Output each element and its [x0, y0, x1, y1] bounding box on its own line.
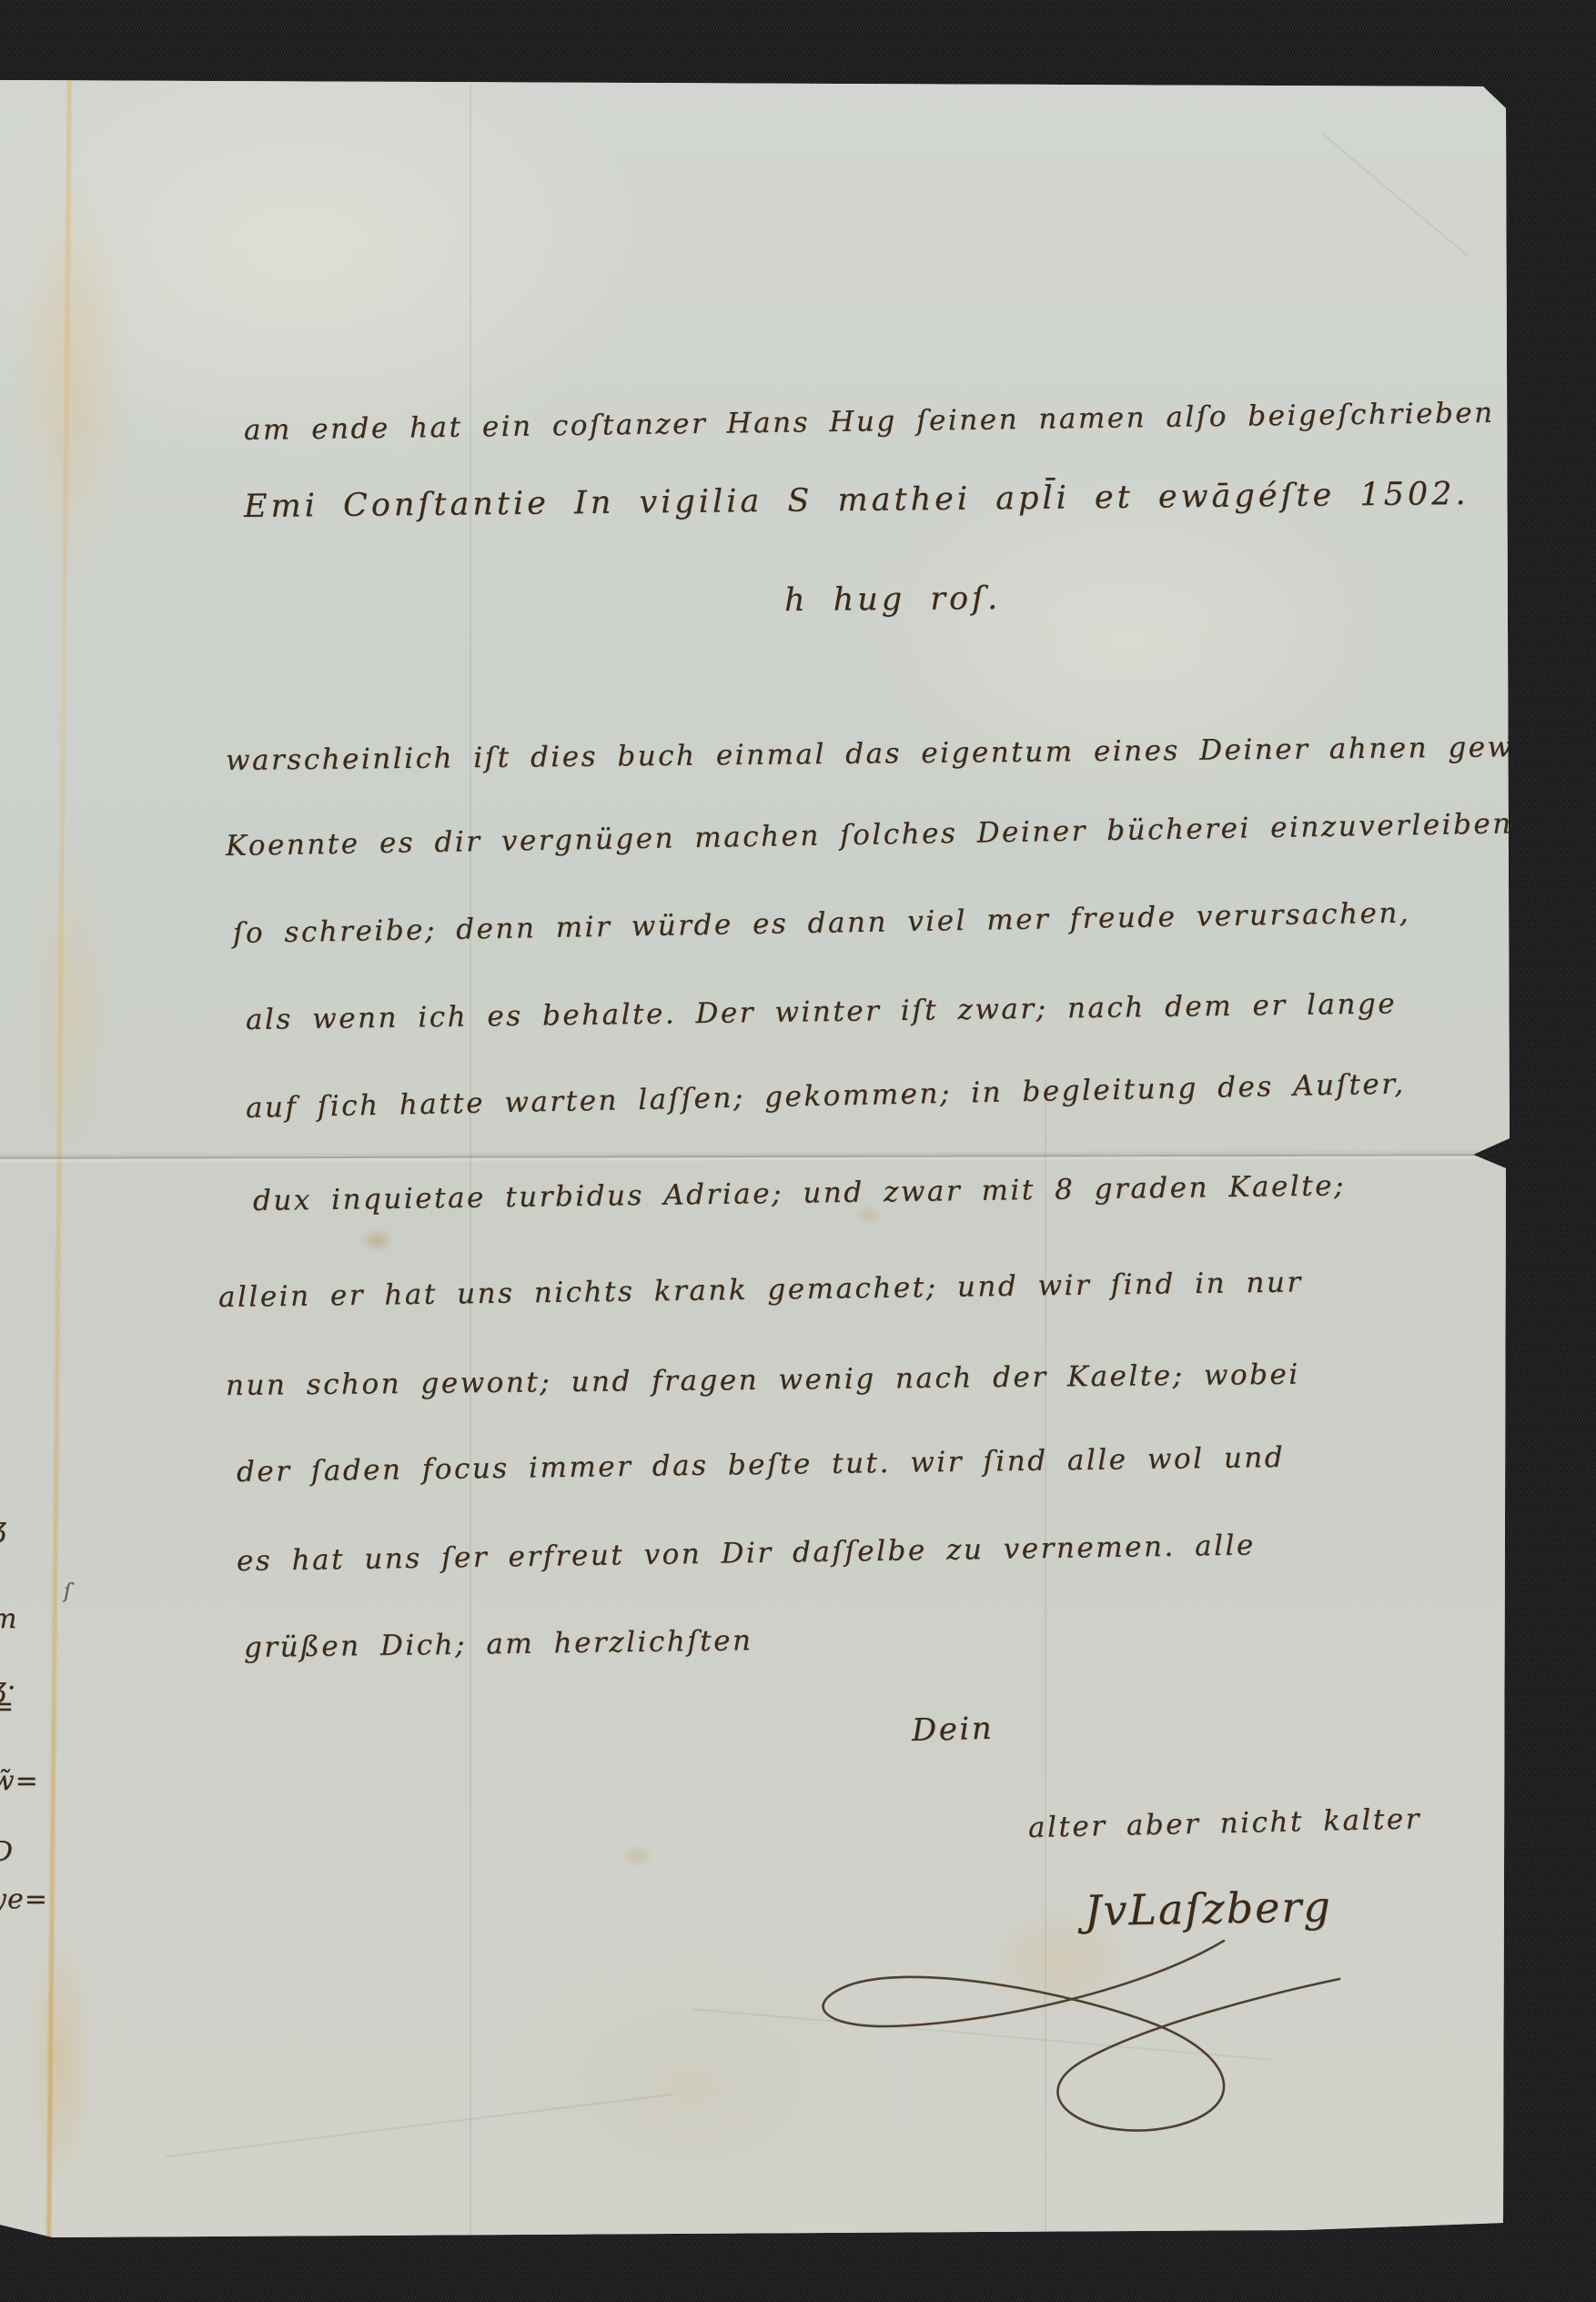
wrinkle-crease — [692, 2008, 1273, 2061]
margin-ink-mark: D — [0, 1836, 14, 1868]
letter-line: alter aber nicht kalter — [1028, 1802, 1422, 1844]
letter-line: dux inquietae turbidus Adriae; und zwar … — [253, 1169, 1346, 1217]
margin-ink-mark: ye= — [0, 1883, 48, 1915]
letter-line: der ſaden focus immer das beſte tut. wir… — [237, 1441, 1286, 1489]
letter-line: Koennte es dir vergnügen machen ſolches … — [226, 807, 1512, 863]
letter-line: Emi Conſtantie In vigilia S mathei apl̄i… — [244, 476, 1470, 525]
letter-line: am ende hat ein coſtanzer Hans Hug ſeine… — [244, 396, 1512, 447]
letter-line: ſo schreibe; denn mir würde es dann viel… — [233, 896, 1411, 950]
horizontal-fold-crease — [0, 1154, 1512, 1158]
faint-crease — [470, 77, 471, 2238]
wrinkle-crease — [166, 2094, 672, 2157]
letter-line: allein er hat uns nichts krank gemachet;… — [218, 1266, 1303, 1314]
letter-line: auf ſich hatte warten laſſen; gekommen; … — [246, 1067, 1406, 1125]
faint-crease — [1045, 1078, 1046, 2238]
corner-crease — [1320, 132, 1468, 257]
letter-line: nun schon gewont; und fragen wenig nach … — [226, 1358, 1300, 1402]
letter-line: als wenn ich es behalte. Der winter iſt … — [246, 987, 1398, 1036]
letter-line: h hug roſ. — [784, 581, 1002, 619]
letter-line: warscheinlich iſt dies buch einmal das e… — [226, 730, 1512, 777]
fold-ink-squiggle: ſ — [64, 1580, 72, 1603]
margin-ink-mark: = — [0, 1691, 15, 1722]
margin-ink-mark: ʒ — [0, 1512, 7, 1544]
letter-page: am ende hat ein coſtanzer Hans Hug ſeine… — [0, 77, 1512, 2238]
margin-ink-mark: w̃= — [0, 1765, 39, 1797]
margin-ink-mark: ʼ — [0, 1735, 1, 1767]
letter-line: es hat uns ſer erfreut von Dir daſſelbe … — [237, 1529, 1256, 1578]
margin-ink-mark: m — [0, 1603, 17, 1635]
letter-line: grüßen Dich; am herzlichſten — [244, 1624, 753, 1664]
letter-line: Dein — [911, 1711, 994, 1749]
margin-ink-mark: ʼ — [0, 1348, 1, 1380]
scanned-letter-photograph: { "scan": { "background_color": "#1d1d1f… — [0, 0, 1596, 2302]
signature: JvLaſzberg — [1085, 1882, 1333, 1935]
